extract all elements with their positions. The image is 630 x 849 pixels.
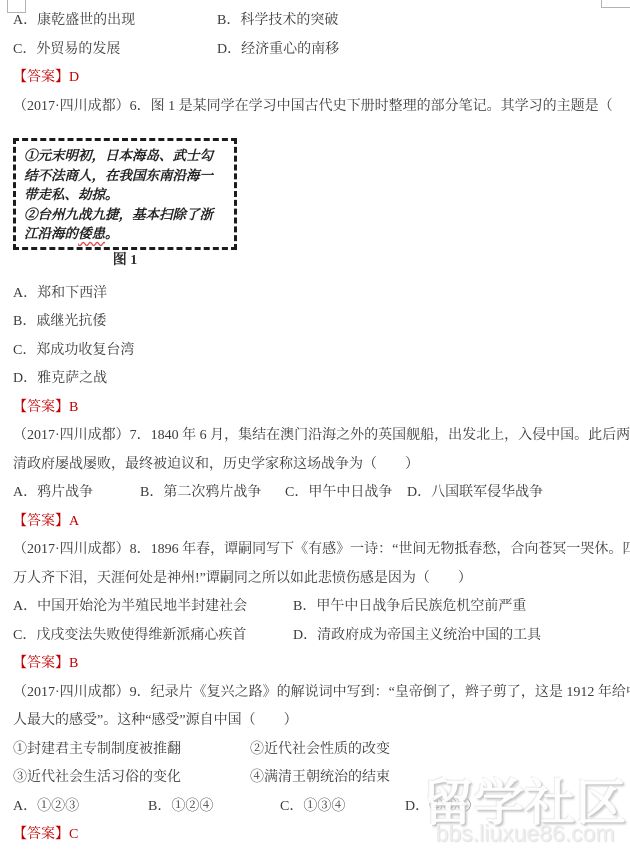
note-line-2-suffix: 。 xyxy=(105,226,119,241)
option-a: A．①②③ xyxy=(13,793,148,822)
option-b: B．甲午中日战争后民族危机空前严重 xyxy=(293,593,526,622)
question-7-stem-line-2: 清政府屡战屡败，最终被迫议和，历史学家称这场战争为（ ） xyxy=(13,451,624,480)
question-6-answer: 【答案】B xyxy=(13,394,624,423)
question-9-items-row-2: ③近代社会生活习俗的变化④满清王朝统治的结束 xyxy=(13,764,624,793)
question-6-option-b: B．戚继光抗倭 xyxy=(13,308,624,337)
prev-question-answer: 【答案】D xyxy=(13,64,624,93)
answer-label: 【答案】 xyxy=(13,656,69,671)
item-3: ③近代社会生活习俗的变化 xyxy=(13,764,250,793)
question-7-stem-line-1: （2017·四川成都）7．1840 年 6 月，集结在澳门沿海之外的英国舰船，出… xyxy=(13,422,624,451)
item-1: ①封建君主专制制度被推翻 xyxy=(13,736,250,765)
option-c: C．戊戌变法失败使得维新派痛心疾首 xyxy=(13,622,293,651)
figure-1: ①元末明初，日本海岛、武士勾结不法商人，在我国东南沿海一带走私、劫掠。 ②台州九… xyxy=(13,138,237,272)
answer-value: C xyxy=(69,827,78,842)
exam-page: { "colors": { "body_text": "#3b3b3b", "a… xyxy=(0,0,630,849)
question-8-stem-line-1: （2017·四川成都）8．1896 年春，谭嗣同写下《有感》一诗：“世间无物抵春… xyxy=(13,536,624,565)
prev-question-options-row-1: A．康乾盛世的出现B．科学技术的突破 xyxy=(13,7,624,36)
question-8-options-row-1: A．中国开始沦为半殖民地半封建社会B．甲午中日战争后民族危机空前严重 xyxy=(13,593,624,622)
prev-question-options-row-2: C．外贸易的发展D．经济重心的南移 xyxy=(13,36,624,65)
answer-value: D xyxy=(69,70,79,85)
answer-value: B xyxy=(69,656,78,671)
question-6-option-d: D．雅克萨之战 xyxy=(13,365,624,394)
answer-label: 【答案】 xyxy=(13,827,69,842)
question-7-answer: 【答案】A xyxy=(13,508,624,537)
figure-1-note-box: ①元末明初，日本海岛、武士勾结不法商人，在我国东南沿海一带走私、劫掠。 ②台州九… xyxy=(13,138,237,250)
question-9-options-row: A．①②③B．①②④C．①③④D．②③④ xyxy=(13,793,624,822)
note-line-2-spellcheck-word: 倭患 xyxy=(78,226,105,241)
question-9-stem-line-2: 人最大的感受”。这种“感受”源自中国（ ） xyxy=(13,707,624,736)
question-9-stem-line-1: （2017·四川成都）9．纪录片《复兴之路》的解说词中写到：“皇帝倒了，辫子剪了… xyxy=(13,679,624,708)
note-line-2-prefix: ②台州九战九捷，基本扫除了浙江沿海的 xyxy=(24,207,213,242)
option-c: C．外贸易的发展 xyxy=(13,36,217,65)
option-b: B．第二次鸦片战争 xyxy=(140,479,285,508)
question-6-option-a: A．郑和下西洋 xyxy=(13,280,624,309)
figure-1-caption: 图 1 xyxy=(13,250,237,272)
answer-label: 【答案】 xyxy=(13,514,69,529)
question-9-items-row-1: ①封建君主专制制度被推翻②近代社会性质的改变 xyxy=(13,736,624,765)
option-a: A．鸦片战争 xyxy=(13,479,140,508)
answer-label: 【答案】 xyxy=(13,400,69,415)
answer-value: B xyxy=(69,400,78,415)
answer-label: 【答案】 xyxy=(13,70,69,85)
exam-content: A．康乾盛世的出现B．科学技术的突破 C．外贸易的发展D．经济重心的南移 【答案… xyxy=(0,0,630,849)
item-2: ②近代社会性质的改变 xyxy=(250,736,390,765)
answer-value: A xyxy=(69,514,79,529)
option-d: D．②③④ xyxy=(405,793,471,822)
option-c: C．甲午中日战争 xyxy=(285,479,407,508)
option-c: C．①③④ xyxy=(280,793,405,822)
question-6-stem: （2017·四川成都）6．图 1 是某同学在学习中国古代史下册时整理的部分笔记。… xyxy=(13,93,624,122)
note-line-1: ①元末明初，日本海岛、武士勾结不法商人，在我国东南沿海一带走私、劫掠。 xyxy=(24,146,226,205)
option-b: B．①②④ xyxy=(148,793,280,822)
item-4: ④满清王朝统治的结束 xyxy=(250,764,390,793)
option-a: A．康乾盛世的出现 xyxy=(13,7,217,36)
note-line-2: ②台州九战九捷，基本扫除了浙江沿海的倭患。 xyxy=(24,205,226,244)
question-6-option-c: C．郑成功收复台湾 xyxy=(13,337,624,366)
option-d: D．清政府成为帝国主义统治中国的工具 xyxy=(293,622,541,651)
option-d: D．经济重心的南移 xyxy=(217,36,339,65)
question-7-options-row: A．鸦片战争B．第二次鸦片战争C．甲午中日战争D．八国联军侵华战争 xyxy=(13,479,624,508)
option-a: A．中国开始沦为半殖民地半封建社会 xyxy=(13,593,293,622)
question-8-options-row-2: C．戊戌变法失败使得维新派痛心疾首D．清政府成为帝国主义统治中国的工具 xyxy=(13,622,624,651)
question-9-answer: 【答案】C xyxy=(13,821,624,849)
question-8-answer: 【答案】B xyxy=(13,650,624,679)
option-b: B．科学技术的突破 xyxy=(217,7,338,36)
question-8-stem-line-2: 万人齐下泪，天涯何处是神州!”谭嗣同之所以如此悲愤伤感是因为（ ） xyxy=(13,565,624,594)
option-d: D．八国联军侵华战争 xyxy=(407,479,543,508)
